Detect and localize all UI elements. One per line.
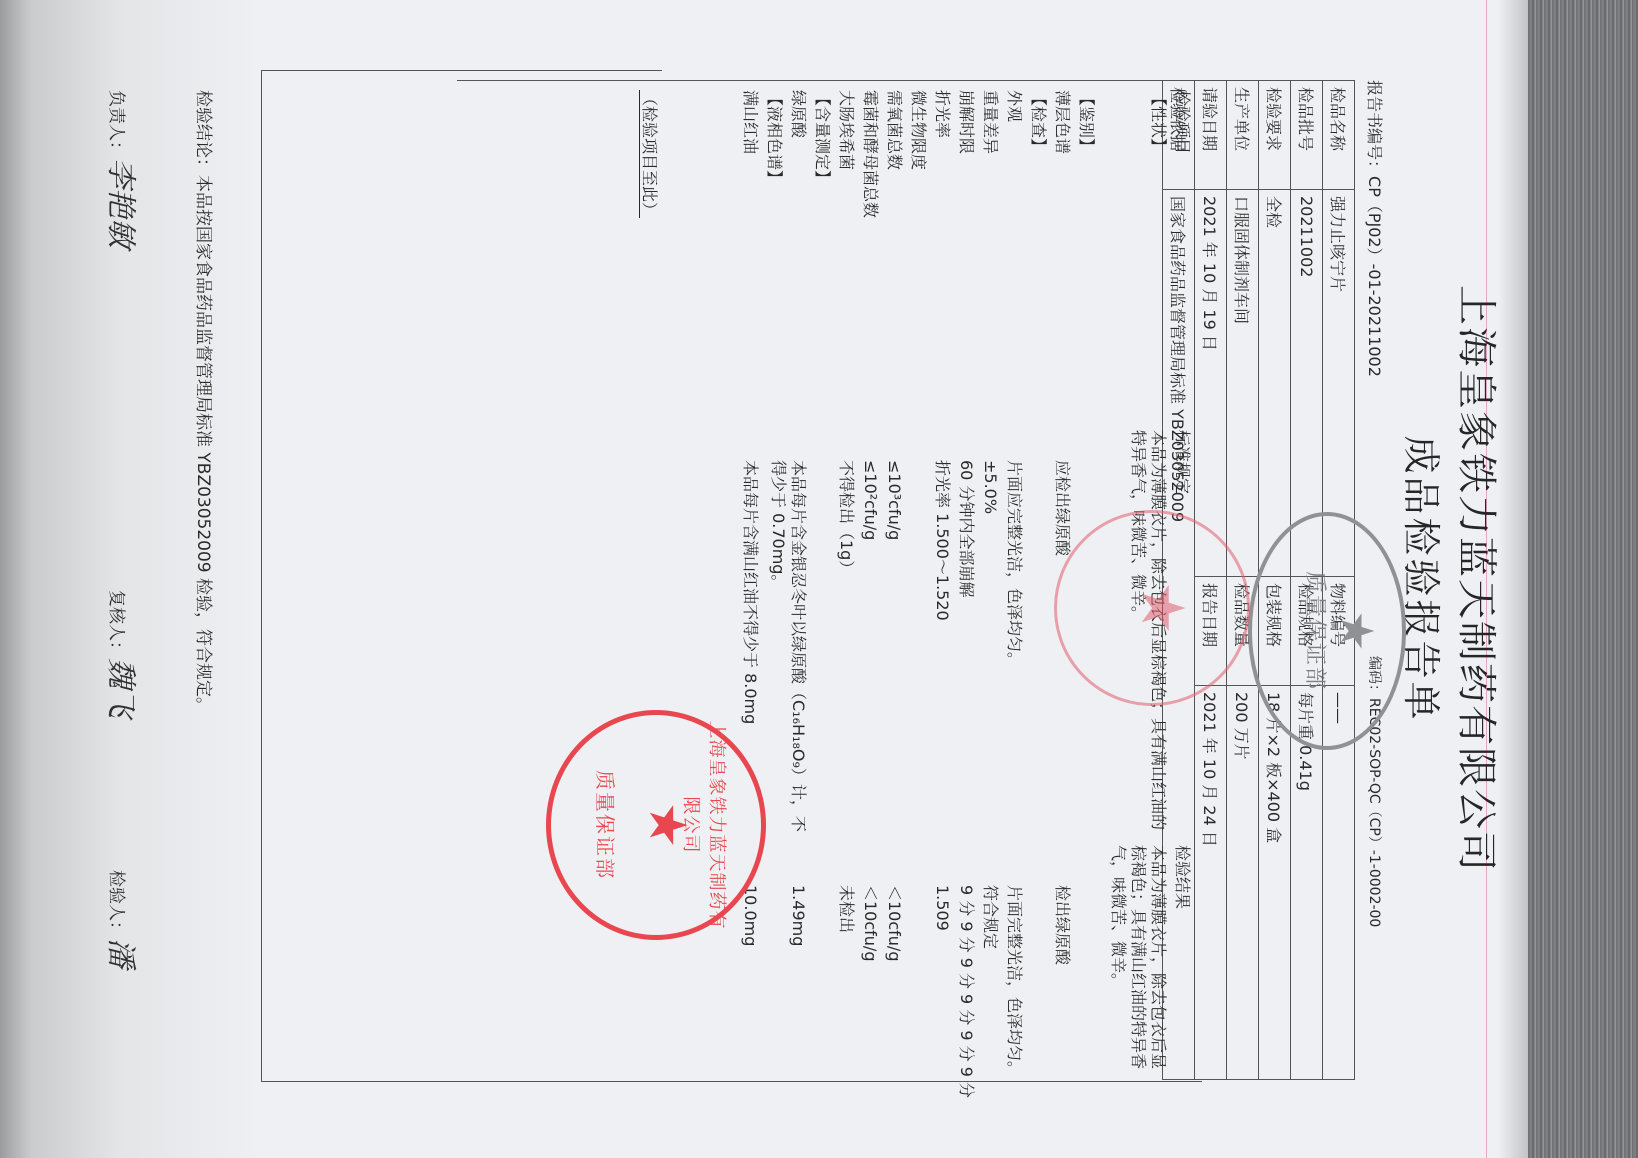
item-weight-variation: 重量差异: [980, 90, 1000, 154]
star-icon: ★: [1330, 516, 1384, 746]
standard-appearance: 片面应完整光洁，色泽均匀。: [1004, 460, 1024, 668]
header-result: 检验结果: [1172, 845, 1192, 909]
label-sample-name: 检品名称: [1323, 81, 1355, 190]
value-quantity: 200 万片: [1227, 686, 1259, 1080]
stamp-gray-text: 质量保证部: [1301, 516, 1332, 746]
inspector: 检验人：潘: [102, 870, 146, 968]
section-hplc: 【液相色谱】: [764, 90, 784, 186]
result-chlorogenic-acid: 1.49mg: [788, 885, 808, 946]
section-inspection: 【检查】: [1028, 90, 1048, 154]
label-test-requirement: 检验要求: [1259, 81, 1291, 190]
reviewer-label: 复核人：: [106, 590, 126, 658]
item-rhododendron-oil: 满山红油: [740, 90, 760, 154]
standard-mold-yeast: ≤10²cfu/g: [860, 460, 880, 540]
quality-assurance-stamp-gray: ★ 质量保证部: [1248, 512, 1406, 750]
quality-assurance-stamp-red: 上海皇象铁力蓝天制药有限公司 ★ 质量保证部: [546, 710, 766, 940]
section-identification: 【鉴别】: [1076, 90, 1096, 154]
item-mold-yeast: 霉菌和酵母菌总数: [860, 90, 880, 218]
standard-chlorogenic-acid: 本品每片含金银忍冬叶以绿原酸（C₁₆H₁₈O₉）计，不得少于 0.70mg。: [768, 460, 808, 840]
result-aerobic-count: ＜10cfu/g: [884, 885, 904, 961]
report-title: 成品检验报告单: [1397, 0, 1452, 1158]
responsible-label: 负责人：: [106, 90, 126, 158]
report-number: 报告书编号：CP（PJ02）-01-20211002: [1364, 80, 1387, 377]
item-disintegration: 崩解时限: [956, 90, 976, 154]
report-number-value: CP（PJ02）-01-20211002: [1365, 176, 1384, 377]
star-icon: ★: [1127, 513, 1197, 703]
standard-weight-variation: ±5.0%: [980, 460, 1000, 514]
section-assay: 【含量测定】: [812, 90, 832, 186]
item-aerobic-count: 需氧菌总数: [884, 90, 904, 170]
reviewer: 复核人：魏飞: [102, 590, 146, 718]
value-packaging: 18 片×2 板×400 盒: [1259, 686, 1291, 1080]
item-appearance: 外观: [1004, 90, 1024, 122]
standard-e-coli: 不得检出（1g）: [836, 460, 856, 576]
value-test-requirement: 全检: [1259, 190, 1291, 577]
result-e-coli: 未检出: [836, 885, 856, 933]
end-of-items-note: （检验项目至此）: [639, 90, 662, 218]
result-weight-variation: 符合规定: [980, 885, 1000, 949]
result-appearance: 片面完整光洁，色泽均匀。: [1004, 885, 1024, 1077]
standard-rhododendron-oil: 本品每片含满山红油不得少于 8.0mg: [740, 460, 760, 724]
responsible-signature: 李艳敏: [103, 158, 138, 248]
label-batch-no: 检品批号: [1291, 81, 1323, 190]
inspector-label: 检验人：: [106, 870, 126, 938]
inspection-report-page: 上海皇象铁力蓝天制药有限公司 成品检验报告单 报告书编号：CP（PJ02）-01…: [0, 0, 1638, 1158]
conclusion: 检验结论：本品按国家食品药品监督管理局标准 YBZ03052009 检验，符合规…: [193, 90, 218, 714]
company-name: 上海皇象铁力蓝天制药有限公司: [1451, 0, 1508, 1158]
label-production-unit: 生产单位: [1227, 81, 1259, 190]
item-e-coli: 大肠埃希菌: [836, 90, 856, 170]
star-icon: ★: [637, 715, 697, 935]
result-disintegration: 9 分 9 分 9 分 9 分 9 分 9 分: [956, 885, 976, 1098]
responsible-person: 负责人：李艳敏: [102, 90, 146, 248]
item-chlorogenic-acid: 绿原酸: [788, 90, 808, 138]
result-mold-yeast: ＜10cfu/g: [860, 885, 880, 961]
result-refractive-index: 1.509: [932, 885, 952, 931]
section-character: 【性状】: [1148, 90, 1168, 154]
header-standard: 标准规定: [1172, 430, 1192, 494]
value-production-unit: 口服固体制剂车间: [1227, 190, 1259, 577]
reviewer-signature: 魏飞: [103, 658, 138, 718]
header-test-item: 检验项目: [1172, 90, 1192, 154]
report-number-label: 报告书编号：: [1365, 80, 1384, 176]
conclusion-label: 检验结论：: [193, 90, 213, 175]
stamp-red-text: 质量保证部: [592, 715, 621, 935]
standard-refractive-index: 折光率 1.500～1.520: [932, 460, 952, 621]
item-microbial-limit: 微生物限度: [908, 90, 928, 170]
conclusion-text: 本品按国家食品药品监督管理局标准 YBZ03052009 检验，符合规定。: [193, 175, 213, 714]
result-tlc: 检出绿原酸: [1052, 885, 1072, 965]
inspector-signature: 潘: [103, 938, 138, 968]
standard-aerobic-count: ≤10³cfu/g: [884, 460, 904, 540]
item-refractive-index: 折光率: [932, 90, 952, 138]
company-stamp-red-faded: ★: [1054, 510, 1250, 706]
character-result: 本品为薄膜衣片，除去包衣后显棕褐色；具有满山红油的特异香气，味微苦、微辛。: [1108, 845, 1168, 1075]
standard-tlc: 应检出绿原酸: [1052, 460, 1072, 556]
standard-disintegration: 60 分钟内全部崩解: [956, 460, 976, 597]
item-tlc: 薄层色谱: [1052, 90, 1072, 154]
